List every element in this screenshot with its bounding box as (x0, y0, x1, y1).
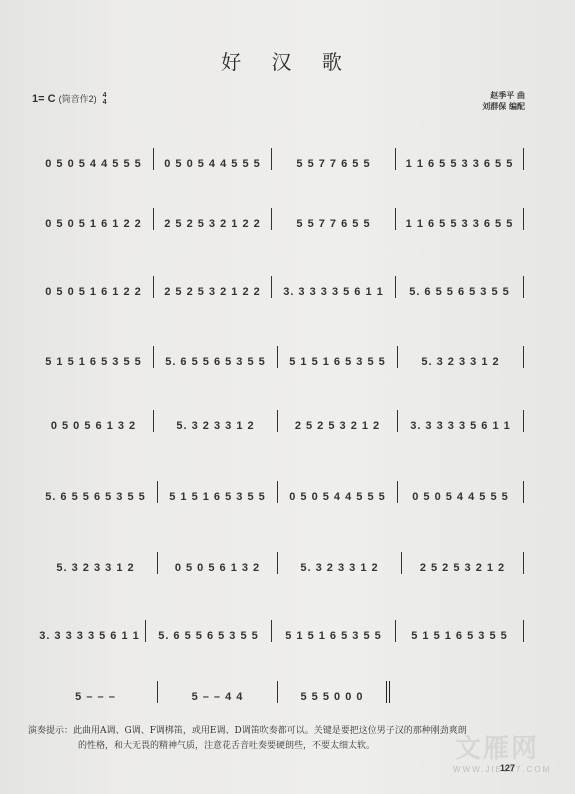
score-row-2: 0 5 0 5 1 6 1 2 2 2 5 2 5 3 2 1 2 2 5 5 … (34, 208, 534, 230)
measure: 5. 3 2 3 3 1 2 (154, 410, 278, 432)
measure: 0 5 0 5 4 4 5 5 5 (34, 148, 154, 170)
sheet-music-page: 好 汉 歌 1= C (筒音作2) 4 4 赵季平 曲 刘群保 编配 0 5 0… (0, 0, 575, 794)
score-row-3: 0 5 0 5 1 6 1 2 2 2 5 2 5 3 2 1 2 2 3. 3… (34, 276, 534, 298)
time-signature: 4 4 (103, 92, 107, 106)
measure: 5. 3 2 3 3 1 2 (278, 552, 402, 574)
measure: 0 5 0 5 4 4 5 5 5 (398, 481, 524, 503)
measure: 3. 3 3 3 3 5 6 1 1 (272, 276, 396, 298)
measure: 0 5 0 5 1 6 1 2 2 (34, 208, 154, 230)
measure: 0 5 0 5 6 1 3 2 (34, 410, 154, 432)
measure: 0 5 0 5 6 1 3 2 (158, 552, 278, 574)
measure: 5 1 5 1 6 5 3 5 5 (272, 620, 396, 642)
measure: 3. 3 3 3 3 5 6 1 1 (398, 410, 524, 432)
watermark-logo: 文雁网 (455, 728, 539, 765)
song-title: 好 汉 歌 (0, 46, 575, 75)
measure: 2 5 2 5 3 2 1 2 2 (154, 208, 272, 230)
measure: 0 5 0 5 4 4 5 5 5 (278, 481, 398, 503)
measure: 5 1 5 1 6 5 3 5 5 (396, 620, 524, 642)
measure: 5. 6 5 5 6 5 3 5 5 (396, 276, 524, 298)
measure: 5. 6 5 5 6 5 3 5 5 (34, 481, 158, 503)
measure: 5 5 7 7 6 5 5 (272, 208, 396, 230)
measure: 5. 6 5 5 6 5 3 5 5 (154, 346, 278, 368)
key-note: (筒音作2) (59, 94, 97, 104)
measure: 5. 3 2 3 3 1 2 (398, 346, 524, 368)
key-label: 1= C (32, 93, 56, 105)
measure: 5 – – – (34, 681, 158, 703)
measure: 3. 3 3 3 3 5 6 1 1 (34, 620, 146, 642)
measure: 2 5 2 5 3 2 1 2 (402, 552, 524, 574)
measure: 5. 3 2 3 3 1 2 (34, 552, 158, 574)
measure: 2 5 2 5 3 2 1 2 2 (154, 276, 272, 298)
measure: 1 1 6 5 5 3 3 6 5 5 (396, 148, 524, 170)
measure: 2 5 2 5 3 2 1 2 (278, 410, 398, 432)
credits: 赵季平 曲 刘群保 编配 (482, 90, 525, 112)
measure: 0 5 0 5 1 6 1 2 2 (34, 276, 154, 298)
time-bottom: 4 (103, 99, 107, 106)
time-top: 4 (103, 92, 107, 99)
measure: 0 5 0 5 4 4 5 5 5 (154, 148, 272, 170)
score-row-5: 0 5 0 5 6 1 3 2 5. 3 2 3 3 1 2 2 5 2 5 3… (34, 410, 534, 432)
measure: 5 – – 4 4 (158, 681, 278, 703)
final-measure: 5 5 5 0 0 0 (278, 681, 390, 703)
measure: 5. 6 5 5 6 5 3 5 5 (146, 620, 272, 642)
score-row-9: 5 – – – 5 – – 4 4 5 5 5 0 0 0 (34, 681, 534, 703)
score-row-8: 3. 3 3 3 3 5 6 1 1 5. 6 5 5 6 5 3 5 5 5 … (34, 620, 534, 642)
page-number: 127 (500, 763, 515, 773)
measure: 5 1 5 1 6 5 3 5 5 (278, 346, 398, 368)
measure: 5 5 7 7 6 5 5 (272, 148, 396, 170)
arranger: 刘群保 编配 (482, 101, 525, 112)
measure: 1 1 6 5 5 3 3 6 5 5 (396, 208, 524, 230)
key-signature: 1= C (筒音作2) 4 4 (32, 92, 107, 106)
score-row-1: 0 5 0 5 4 4 5 5 5 0 5 0 5 4 4 5 5 5 5 5 … (34, 148, 534, 170)
score-row-4: 5 1 5 1 6 5 3 5 5 5. 6 5 5 6 5 3 5 5 5 1… (34, 346, 534, 368)
composer: 赵季平 曲 (482, 90, 525, 101)
score-row-6: 5. 6 5 5 6 5 3 5 5 5 1 5 1 6 5 3 5 5 0 5… (34, 481, 534, 503)
score-row-7: 5. 3 2 3 3 1 2 0 5 0 5 6 1 3 2 5. 3 2 3 … (34, 552, 534, 574)
measure: 5 1 5 1 6 5 3 5 5 (158, 481, 278, 503)
measure: 5 1 5 1 6 5 3 5 5 (34, 346, 154, 368)
